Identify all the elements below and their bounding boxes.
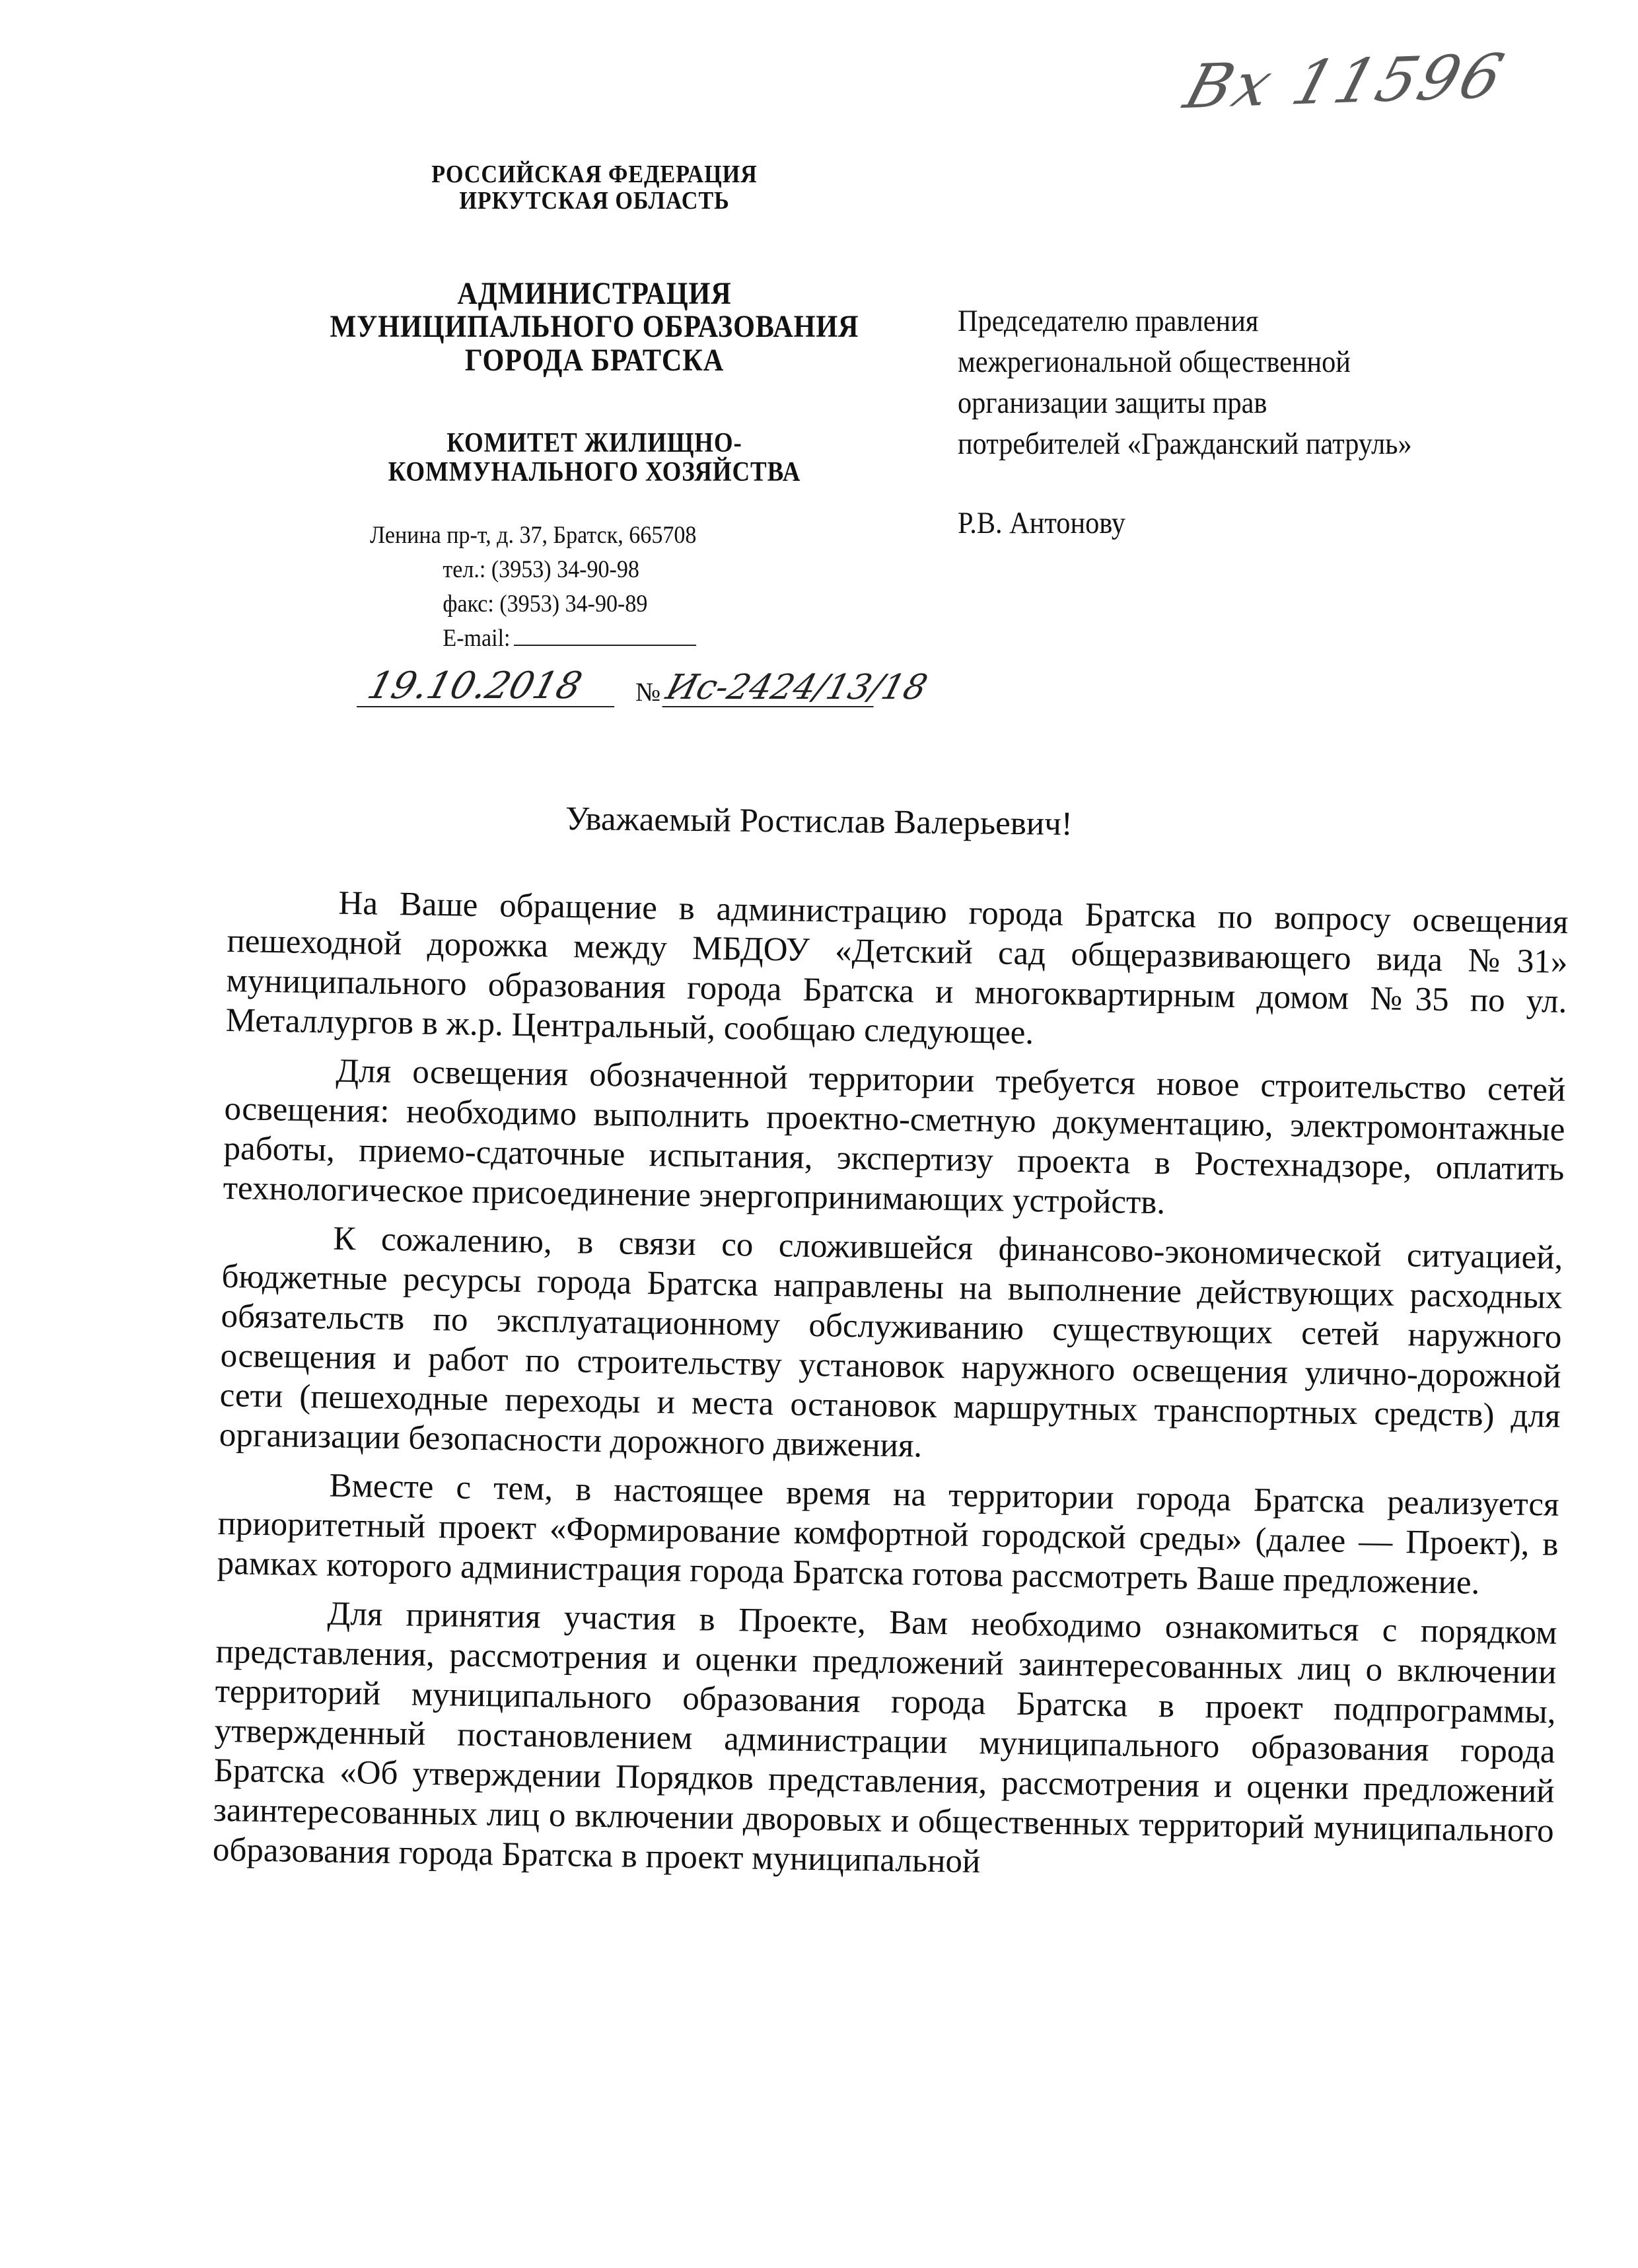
- outgoing-registration: 19.10.2018 № Ис-2424/13/18: [362, 667, 878, 707]
- letterhead-country: РОССИЙСКАЯ ФЕДЕРАЦИЯ ИРКУТСКАЯ ОБЛАСТЬ: [309, 162, 880, 215]
- addressee-block: Председателю правления межрегиональной о…: [958, 301, 1412, 544]
- letterhead-committee: КОМИТЕТ ЖИЛИЩНО- КОММУНАЛЬНОГО ХОЗЯЙСТВА: [316, 429, 874, 487]
- incoming-registration-stamp: Вх 11596: [1177, 41, 1513, 122]
- addressee-line: Председателю правления: [958, 301, 1412, 341]
- sender-fax: факс: (3953) 34-90-89: [370, 587, 696, 621]
- letterhead-line: АДМИНИСТРАЦИЯ: [316, 277, 874, 310]
- number-sign: №: [635, 676, 660, 707]
- sender-contacts: Ленина пр-т, д. 37, Братск, 665708 тел.:…: [370, 518, 696, 656]
- email-label: E-mail:: [443, 625, 510, 652]
- handwritten-date: 19.10.2018: [357, 667, 625, 707]
- body-paragraph: Вместе с тем, в настоящее время на терри…: [217, 1464, 1559, 1604]
- letterhead-line: РОССИЙСКАЯ ФЕДЕРАЦИЯ: [309, 162, 880, 188]
- sender-address: Ленина пр-т, д. 37, Братск, 665708: [370, 518, 696, 553]
- handwritten-outgoing-number: Ис-2424/13/18: [662, 670, 884, 707]
- body-paragraph: На Ваше обращение в администрацию города…: [225, 882, 1569, 1061]
- addressee-line: потребителей «Гражданский патруль»: [958, 423, 1412, 464]
- letterhead-administration: АДМИНИСТРАЦИЯ МУНИЦИПАЛЬНОГО ОБРАЗОВАНИЯ…: [316, 277, 874, 377]
- letterhead: РОССИЙСКАЯ ФЕДЕРАЦИЯ ИРКУТСКАЯ ОБЛАСТЬ А…: [277, 162, 911, 487]
- body-paragraph: К сожалению, в связи со сложившейся фина…: [219, 1217, 1563, 1476]
- letterhead-line: КОМИТЕТ ЖИЛИЩНО-: [316, 429, 874, 458]
- sender-email-row: E-mail:: [370, 621, 696, 656]
- scanned-letter-page: Вх 11596 РОССИЙСКАЯ ФЕДЕРАЦИЯ ИРКУТСКАЯ …: [0, 0, 1638, 2268]
- letter-body: На Ваше обращение в администрацию города…: [212, 882, 1568, 1900]
- salutation: Уважаемый Ростислав Валерьевич!: [0, 794, 1638, 849]
- body-paragraph: Для освещения обозначенной территории тр…: [223, 1049, 1566, 1229]
- letterhead-line: ИРКУТСКАЯ ОБЛАСТЬ: [309, 188, 880, 215]
- addressee-line: организации защиты прав: [958, 382, 1412, 423]
- letterhead-line: ГОРОДА БРАТСКА: [316, 344, 874, 377]
- email-blank-line: [514, 625, 696, 646]
- letterhead-line: КОММУНАЛЬНОГО ХОЗЯЙСТВА: [316, 458, 874, 487]
- addressee-name: Р.В. Антонову: [958, 503, 1412, 544]
- body-paragraph: Для принятия участия в Проекте, Вам необ…: [213, 1592, 1557, 1891]
- letterhead-line: МУНИЦИПАЛЬНОГО ОБРАЗОВАНИЯ: [316, 310, 874, 343]
- addressee-line: межрегиональной общественной: [958, 341, 1412, 382]
- sender-phone: тел.: (3953) 34-90-98: [370, 553, 696, 587]
